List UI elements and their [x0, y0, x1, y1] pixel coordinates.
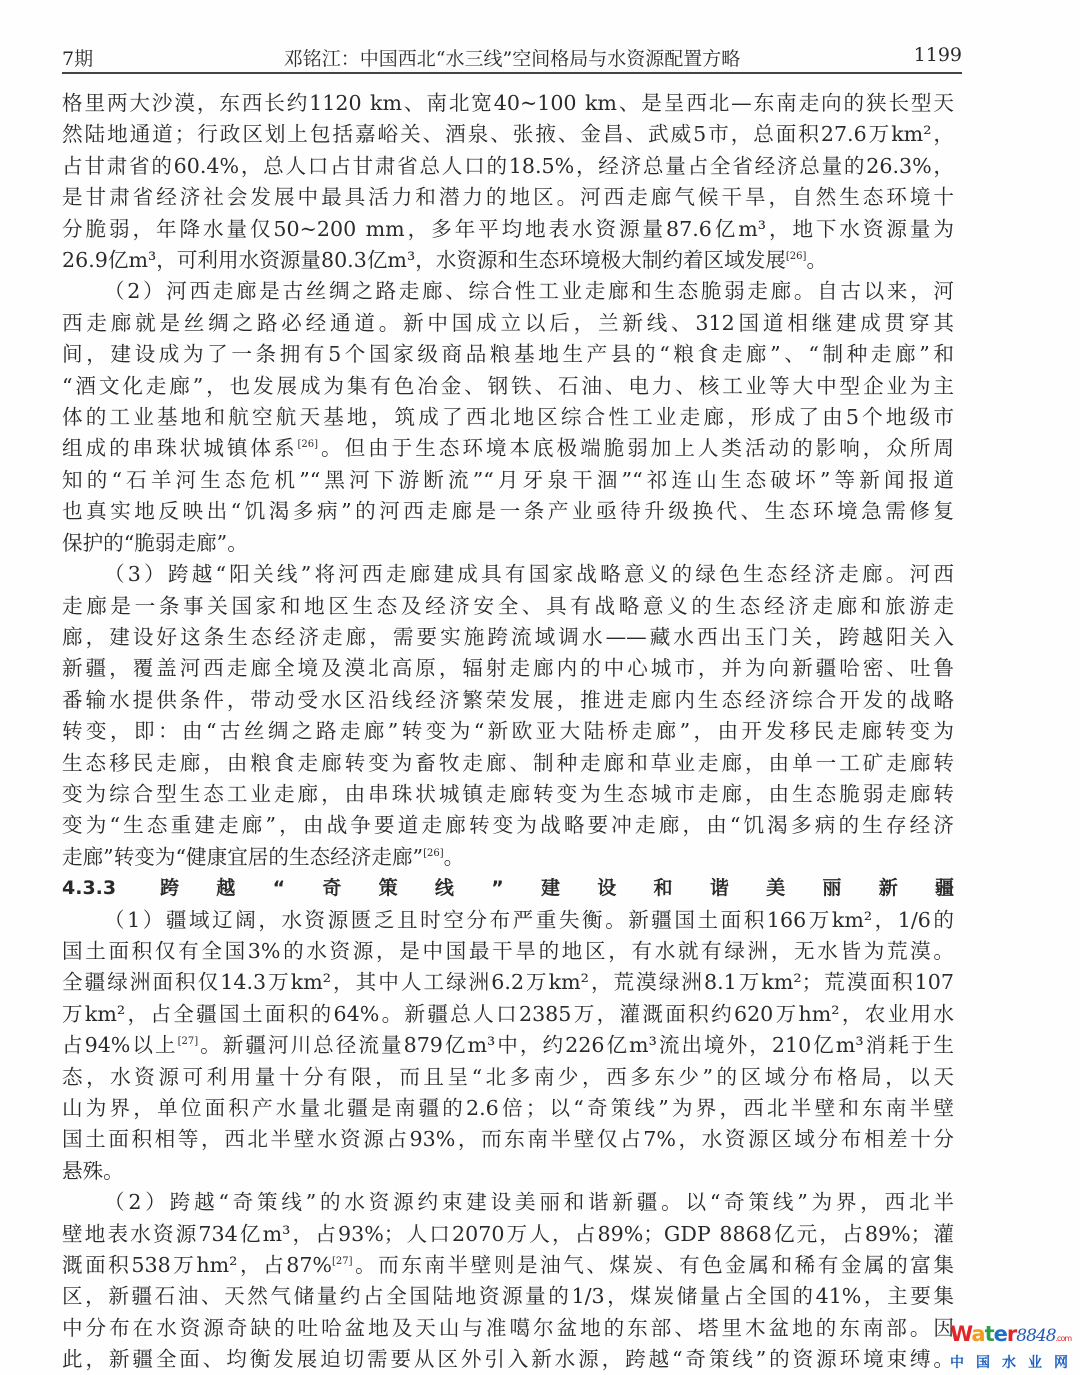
brand-letter: r	[1007, 1322, 1016, 1346]
running-header: 7期 邓铭江：中国西北“水三线”空间格局与水资源配置方略 1199	[62, 44, 962, 74]
text-line: 中分布在水资源奇缺的吐哈盆地及天山与准噶尔盆地的东部、塔里木盆地的东南部。因	[62, 1313, 954, 1344]
watermark-brand: Water8848.com	[950, 1323, 1078, 1350]
text-line: 走廊是一条事关国家和地区生态及经济安全、具有战略意义的生态经济走廊和旅游走	[62, 591, 954, 622]
text-line: 26.9亿m³，可利用水资源量80.3亿m³，水资源和生态环境极大制约着区域发展…	[62, 245, 954, 276]
text-line: 全疆绿洲面积仅14.3万km²，其中人工绿洲6.2万km²，荒漠绿洲8.1万km…	[62, 967, 954, 998]
text-line: 山为界，单位面积产水量北疆是南疆的2.6倍；以“奇策线”为界，西北半壁和东南半壁	[62, 1093, 954, 1124]
text-line: 国土面积仅有全国3%的水资源，是中国最干旱的地区，有水就有绿洲，无水皆为荒漠。	[62, 936, 954, 967]
text-line: 国土面积相等，西北半壁水资源占93%，而东南半壁仅占7%，水资源区域分布相差十分	[62, 1124, 954, 1155]
text-line: 番输水提供条件，带动受水区沿线经济繁荣发展，推进走廊内生态经济综合开发的战略	[62, 685, 954, 716]
text-line: 走廊”转变为“健康宜居的生态经济走廊”[26]。	[62, 842, 954, 873]
text-line: 然陆地通道；行政区划上包括嘉峪关、酒泉、张掖、金昌、武威5市，总面积27.6万k…	[62, 119, 954, 150]
text-line: 转变，即：由“古丝绸之路走廊”转变为“新欧亚大陆桥走廊”，由开发移民走廊转变为	[62, 716, 954, 747]
section-heading: 4.3.3 跨越“奇策线”建设和谐美丽新疆	[62, 873, 954, 904]
brand-letter: e	[994, 1322, 1007, 1346]
text-line: “酒文化走廊”，也发展成为集有色冶金、钢铁、石油、电力、核工业等大中型企业为主	[62, 371, 954, 402]
article-body: 格里两大沙漠，东西长约1120 km、南北宽40~100 km、是呈西北—东南走…	[62, 88, 954, 1375]
text-line: （1）疆域辽阔，水资源匮乏且时空分布严重失衡。新疆国土面积166万km²，1/6…	[62, 905, 954, 936]
page-number: 1199	[914, 44, 962, 66]
paragraph-yangguan-line: （3）跨越“阳关线”将河西走廊建成具有国家战略意义的绿色生态经济走廊。河西 走廊…	[62, 559, 954, 873]
text-line: 也真实地反映出“饥渴多病”的河西走廊是一条产业亟待升级换代、生态环境急需修复	[62, 496, 954, 527]
text-line: 悬殊。	[62, 1156, 954, 1187]
text-line: 壁地表水资源734亿m³，占93%；人口2070万人，占89%；GDP 8868…	[62, 1219, 954, 1250]
text-line: 组成的串珠状城镇体系[26]。但由于生态环境本底极端脆弱加上人类活动的影响，众所…	[62, 433, 954, 464]
text-line: 占94%以上[27]。新疆河川总径流量879亿m³中，约226亿m³流出境外，2…	[62, 1030, 954, 1061]
text-line: 区，新疆石油、天然气储量约占全国陆地资源量的1/3，煤炭储量占全国的41%，主要…	[62, 1281, 954, 1312]
paragraph-qice-line: （2）跨越“奇策线”的水资源约束建设美丽和谐新疆。以“奇策线”为界，西北半 壁地…	[62, 1187, 954, 1375]
brand-domain: .com	[1056, 1334, 1072, 1343]
running-title: 邓铭江：中国西北“水三线”空间格局与水资源配置方略	[62, 44, 962, 71]
text-line: 变为综合型生态工业走廊，由串珠状城镇走廊转变为生态城市走廊，由生态脆弱走廊转	[62, 779, 954, 810]
brand-letter: W	[950, 1322, 971, 1346]
text-line: 此，新疆全面、均衡发展迫切需要从区外引入新水源，跨越“奇策线”的资源环境束缚。	[62, 1344, 954, 1375]
brand-letter: t	[985, 1322, 994, 1346]
text-line: 西走廊就是丝绸之路必经通道。新中国成立以后，兰新线、312国道相继建成贯穿其	[62, 308, 954, 339]
paragraph-hexi-overview: 格里两大沙漠，东西长约1120 km、南北宽40~100 km、是呈西北—东南走…	[62, 88, 954, 276]
text-line: 分脆弱，年降水量仅50~200 mm，多年平均地表水资源量87.6亿m³，地下水…	[62, 214, 954, 245]
text-line: （3）跨越“阳关线”将河西走廊建成具有国家战略意义的绿色生态经济走廊。河西	[62, 559, 954, 590]
text-line: 体的工业基地和航空航天基地，筑成了西北地区综合性工业走廊，形成了由5个地级市	[62, 402, 954, 433]
text-line: 溉面积538万hm²，占87%[27]。而东南半壁则是油气、煤炭、有色金属和稀有…	[62, 1250, 954, 1281]
paragraph-hexi-corridor: （2）河西走廊是古丝绸之路走廊、综合性工业走廊和生态脆弱走廊。自古以来，河 西走…	[62, 276, 954, 559]
text-line: 变为“生态重建走廊”，由战争要道走廊转变为战略要冲走廊，由“饥渴多病的生存经济	[62, 810, 954, 841]
text-line: 廊，建设好这条生态经济走廊，需要实施跨流域调水——藏水西出玉门关，跨越阳关入	[62, 622, 954, 653]
paragraph-xinjiang-water: （1）疆域辽阔，水资源匮乏且时空分布严重失衡。新疆国土面积166万km²，1/6…	[62, 905, 954, 1188]
watermark-logo: Water8848.com 中国水业网	[950, 1323, 1078, 1372]
text-line: 格里两大沙漠，东西长约1120 km、南北宽40~100 km、是呈西北—东南走…	[62, 88, 954, 119]
text-line: 占甘肃省的60.4%，总人口占甘肃省总人口的18.5%，经济总量占全省经济总量的…	[62, 151, 954, 182]
text-line: 间，建设成为了一条拥有5个国家级商品粮基地生产县的“粮食走廊”、“制种走廊”和	[62, 339, 954, 370]
text-line: 是甘肃省经济社会发展中最具活力和潜力的地区。河西走廊气候干旱，自然生态环境十	[62, 182, 954, 213]
brand-number: 8848	[1016, 1326, 1055, 1346]
brand-letter: a	[971, 1322, 984, 1346]
text-line: （2）跨越“奇策线”的水资源约束建设美丽和谐新疆。以“奇策线”为界，西北半	[62, 1187, 954, 1218]
watermark-subtitle: 中国水业网	[950, 1352, 1078, 1372]
text-line: 万km²，占全疆国土面积的64%。新疆总人口2385万，灌溉面积约620万hm²…	[62, 999, 954, 1030]
text-line: （2）河西走廊是古丝绸之路走廊、综合性工业走廊和生态脆弱走廊。自古以来，河	[62, 276, 954, 307]
text-line: 保护的“脆弱走廊”。	[62, 528, 954, 559]
text-line: 态，水资源可利用量十分有限，而且呈“北多南少，西多东少”的区域分布格局，以天	[62, 1062, 954, 1093]
text-line: 新疆，覆盖河西走廊全境及漠北高原，辐射走廊内的中心城市，并为向新疆哈密、吐鲁	[62, 653, 954, 684]
text-line: 知的“石羊河生态危机”“黑河下游断流”“月牙泉干涸”“祁连山生态破坏”等新闻报道	[62, 465, 954, 496]
text-line: 生态移民走廊，由粮食走廊转变为畜牧走廊、制种走廊和草业走廊，由单一工矿走廊转	[62, 748, 954, 779]
